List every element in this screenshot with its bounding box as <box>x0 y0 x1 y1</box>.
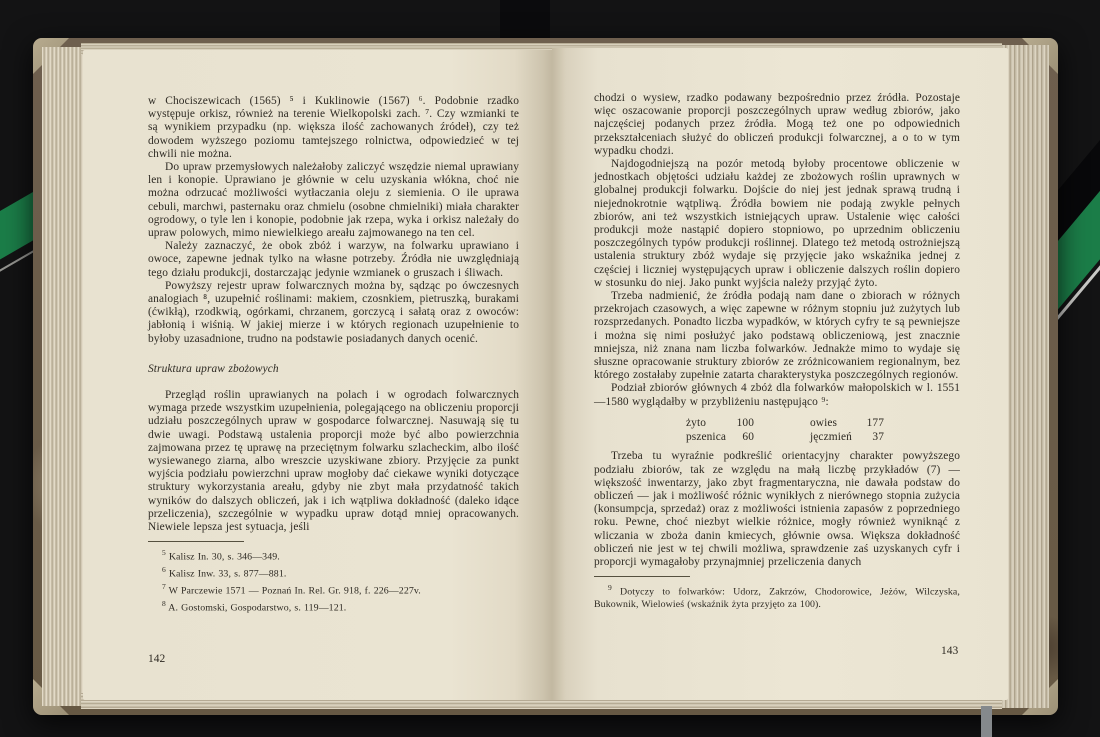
left-page: w Chociszewicach (1565) ⁵ i Kuklinowie (… <box>83 50 552 700</box>
table-row: żyto 100 owies 177 <box>686 417 960 431</box>
right-page: chodzi o wysiew, rzadko podawany bezpośr… <box>552 48 1008 700</box>
footnote-rule <box>148 541 244 542</box>
page-number: 142 <box>148 653 165 665</box>
footnote-rule <box>594 576 690 577</box>
table-cell: 60 <box>732 431 754 445</box>
footnotes: 9 Dotyczy to folwarków: Udorz, Zakrzów, … <box>594 576 960 611</box>
paragraph: Trzeba nadmienić, że źródła podają nam d… <box>594 290 960 382</box>
grain-yield-table: żyto 100 owies 177 pszenica 60 jęczmień … <box>686 417 960 445</box>
footnote-text: Kalisz Inw. 33, s. 877—881. <box>169 568 287 579</box>
table-cell: żyto <box>686 417 732 431</box>
paragraph: Podział zbiorów głównych 4 zbóż dla folw… <box>594 382 960 408</box>
page-number: 143 <box>941 645 958 657</box>
table-row: pszenica 60 jęczmień 37 <box>686 431 960 445</box>
section-heading: Struktura upraw zbożowych <box>148 363 519 376</box>
right-page-text: chodzi o wysiew, rzadko podawany bezpośr… <box>594 92 960 612</box>
table-cell: pszenica <box>686 431 732 445</box>
footnote-marker: 6 <box>162 565 166 574</box>
footnote: 9 Dotyczy to folwarków: Udorz, Zakrzów, … <box>594 582 960 611</box>
paragraph: chodzi o wysiew, rzadko podawany bezpośr… <box>594 92 960 158</box>
table-cell: jęczmień <box>810 431 862 445</box>
paragraph: Należy zaznaczyć, że obok zbóż i warzyw,… <box>148 240 519 280</box>
paragraph: w Chociszewicach (1565) ⁵ i Kuklinowie (… <box>148 95 519 161</box>
table-cell: owies <box>810 417 862 431</box>
paragraph: Najdogodniejszą na pozór metodą byłoby p… <box>594 158 960 290</box>
paragraph: Powyższy rejestr upraw folwarcznych możn… <box>148 280 519 346</box>
footnote: 5 Kalisz In. 30, s. 346—349. <box>148 547 519 564</box>
page-edges-left <box>42 47 87 706</box>
footnote-marker: 7 <box>162 582 166 591</box>
cradle-strap <box>981 706 992 737</box>
table-cell: 37 <box>862 431 884 445</box>
spine-shadow <box>500 0 550 40</box>
left-page-text: w Chociszewicach (1565) ⁵ i Kuklinowie (… <box>148 95 519 615</box>
footnote-text: A. Gostomski, Gospodarstwo, s. 119—121. <box>168 602 346 613</box>
footnote-text: Kalisz In. 30, s. 346—349. <box>169 552 280 563</box>
table-cell: 177 <box>862 417 884 431</box>
footnotes: 5 Kalisz In. 30, s. 346—349. 6 Kalisz In… <box>148 541 519 615</box>
footnote: 8 A. Gostomski, Gospodarstwo, s. 119—121… <box>148 598 519 615</box>
open-book: w Chociszewicach (1565) ⁵ i Kuklinowie (… <box>33 38 1058 715</box>
footnote-text: Dotyczy to folwarków: Udorz, Zakrzów, Ch… <box>594 587 960 611</box>
footnote-marker: 8 <box>162 599 166 608</box>
footnote: 6 Kalisz Inw. 33, s. 877—881. <box>148 564 519 581</box>
footnote-marker: 5 <box>162 548 166 557</box>
footnote-marker: 9 <box>608 583 612 592</box>
photo-of-open-book: { "colors":{"background":"#131314","stri… <box>0 0 1100 737</box>
table-cell: 100 <box>732 417 754 431</box>
footnote-text: W Parczewie 1571 — Poznań In. Rel. Gr. 9… <box>169 585 421 596</box>
paragraph: Przegląd roślin uprawianych na polach i … <box>148 389 519 534</box>
paragraph: Trzeba tu wyraźnie podkreślić orientacyj… <box>594 450 960 569</box>
paragraph: Do upraw przemysłowych należałoby zalicz… <box>148 161 519 240</box>
footnote: 7 W Parczewie 1571 — Poznań In. Rel. Gr.… <box>148 581 519 598</box>
